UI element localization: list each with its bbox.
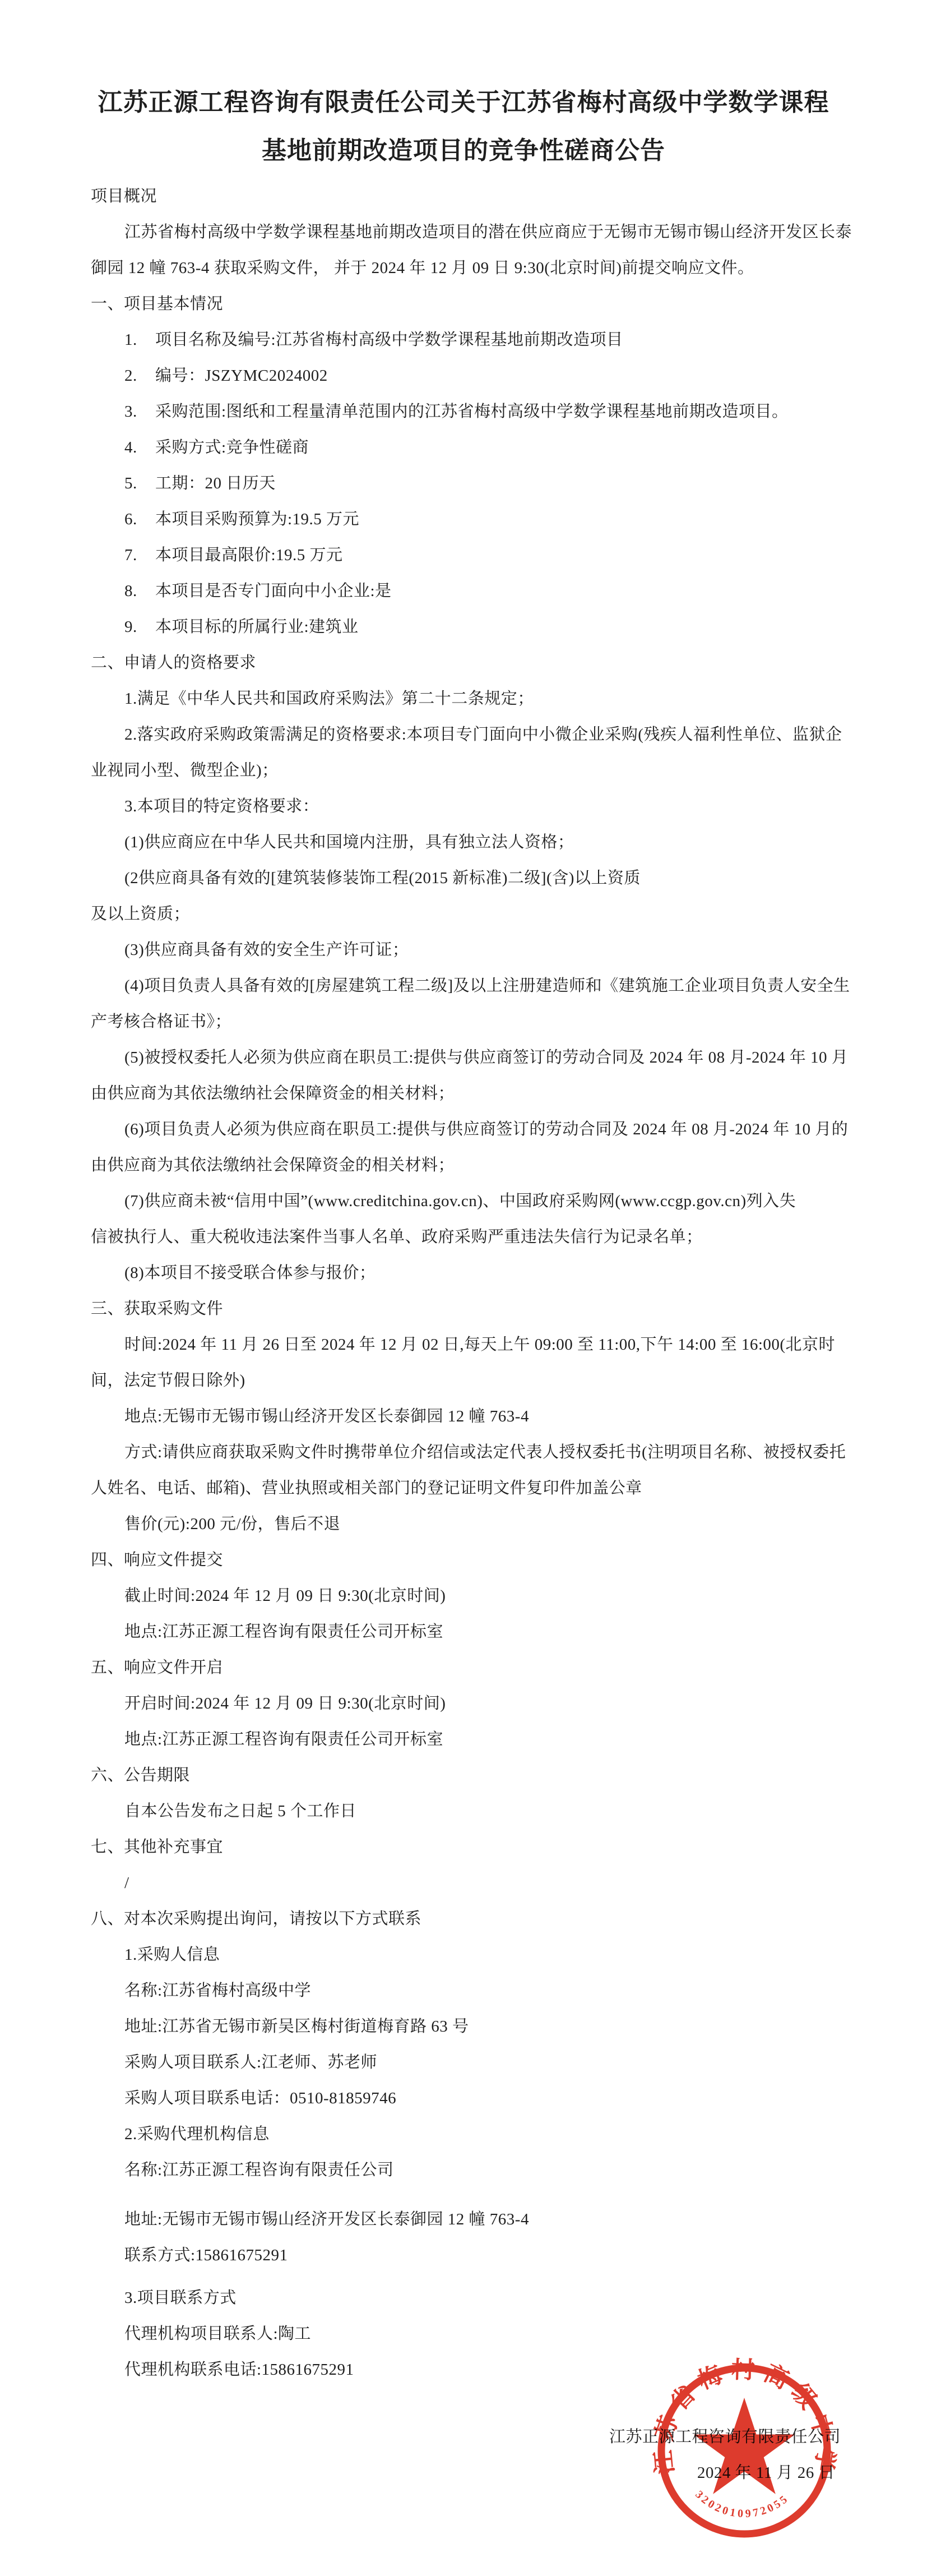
- list-item: 2.编号：JSZYMC2024002: [91, 358, 836, 394]
- list-item: 1.项目名称及编号:江苏省梅村高级中学数学课程基地前期改造项目: [91, 322, 836, 358]
- contact-line: 采购人项目联系电话：0510-81859746: [91, 2080, 836, 2116]
- qualify-line: 由供应商为其依法缴纳社会保障资金的相关材料；: [91, 1075, 836, 1111]
- list-item-number: 8.: [124, 573, 155, 609]
- qualify-line: (6)项目负责人必须为供应商在职员工:提供与供应商签订的劳动合同及 2024 年…: [91, 1111, 836, 1147]
- list-item: 7.本项目最高限价:19.5 万元: [91, 537, 836, 573]
- contact-line: 地址:江苏省无锡市新吴区梅村街道梅育路 63 号: [91, 2009, 836, 2044]
- open-line: 地点:江苏正源工程咨询有限责任公司开标室: [91, 1721, 836, 1757]
- list-item-number: 4.: [124, 430, 155, 465]
- list-item-number: 9.: [124, 609, 155, 645]
- qualify-line: (3)供应商具备有效的安全生产许可证；: [91, 932, 836, 968]
- document-body: 江苏正源工程咨询有限责任公司关于江苏省梅村高级中学数学课程基地前期改造项目的竞争…: [0, 0, 927, 2388]
- list-item: 9.本项目标的所属行业:建筑业: [91, 609, 836, 645]
- qualify-line: (2供应商具备有效的[建筑装修装饰工程(2015 新标准)二级](含)以上资质: [91, 860, 836, 896]
- qualify-line: (4)项目负责人具备有效的[房屋建筑工程二级]及以上注册建造师和《建筑施工企业项…: [91, 968, 836, 1004]
- overview-heading: 项目概况: [91, 178, 836, 214]
- list-item-text: 工期：20 日历天: [155, 474, 276, 492]
- announcement-document: 江苏正源工程咨询有限责任公司关于江苏省梅村高级中学数学课程基地前期改造项目的竞争…: [0, 0, 927, 2576]
- list-item-text: 采购方式:竞争性磋商: [155, 438, 309, 456]
- qualify-line: 由供应商为其依法缴纳社会保障资金的相关材料；: [91, 1147, 836, 1183]
- list-item: 5.工期：20 日历天: [91, 465, 836, 501]
- obtain-line: 时间:2024 年 11 月 26 日至 2024 年 12 月 02 日,每天…: [91, 1327, 836, 1363]
- qualify-line: 1.满足《中华人民共和国政府采购法》第二十二条规定；: [91, 681, 836, 717]
- contact-line: 代理机构项目联系人:陶工: [91, 2316, 836, 2352]
- qualify-line: 3.本项目的特定资格要求：: [91, 788, 836, 824]
- section-period-heading: 六、公告期限: [91, 1757, 836, 1793]
- list-item-number: 6.: [124, 501, 155, 537]
- open-line: 开启时间:2024 年 12 月 09 日 9:30(北京时间): [91, 1686, 836, 1721]
- list-item-text: 本项目标的所属行业:建筑业: [155, 618, 359, 636]
- qualify-line: (1)供应商应在中华人民共和国境内注册，具有独立法人资格；: [91, 824, 836, 860]
- contact-line: 2.采购代理机构信息: [91, 2116, 836, 2152]
- qualify-line: 业视同小型、微型企业)；: [91, 753, 836, 788]
- list-item: 8.本项目是否专门面向中小企业:是: [91, 573, 836, 609]
- contact-line: 名称:江苏省梅村高级中学: [91, 1973, 836, 2009]
- overview-line: 江苏省梅村高级中学数学课程基地前期改造项目的潜在供应商应于无锡市无锡市锡山经济开…: [91, 214, 836, 250]
- period-line: 自本公告发布之日起 5 个工作日: [91, 1793, 836, 1829]
- obtain-line: 人姓名、电话、邮箱)、营业执照或相关部门的登记证明文件复印件加盖公章: [91, 1470, 836, 1506]
- section-qualify-heading: 二、申请人的资格要求: [91, 645, 836, 681]
- list-item-number: 2.: [124, 358, 155, 394]
- list-item: 6.本项目采购预算为:19.5 万元: [91, 501, 836, 537]
- list-item-text: 采购范围:图纸和工程量清单范围内的江苏省梅村高级中学数学课程基地前期改造项目。: [155, 403, 789, 421]
- list-item-text: 本项目采购预算为:19.5 万元: [155, 510, 359, 528]
- contact-line: 联系方式:15861675291: [91, 2237, 836, 2273]
- list-item-number: 5.: [124, 465, 155, 501]
- list-item-number: 1.: [124, 322, 155, 358]
- page-title: 江苏正源工程咨询有限责任公司关于江苏省梅村高级中学数学课程基地前期改造项目的竞争…: [91, 79, 836, 175]
- qualify-line: (7)供应商未被“信用中国”(www.creditchina.gov.cn)、中…: [91, 1183, 836, 1219]
- contact-line: 地址:无锡市无锡市锡山经济开发区长泰御园 12 幢 763-4: [91, 2201, 836, 2237]
- contact-line: 1.采购人信息: [91, 1937, 836, 1973]
- list-item-text: 项目名称及编号:江苏省梅村高级中学数学课程基地前期改造项目: [155, 331, 623, 349]
- obtain-line: 方式:请供应商获取采购文件时携带单位介绍信或法定代表人授权委托书(注明项目名称、…: [91, 1434, 836, 1470]
- section-basic-heading: 一、项目基本情况: [91, 286, 836, 322]
- other-line: /: [91, 1865, 836, 1901]
- contact-line: 名称:江苏正源工程咨询有限责任公司: [91, 2152, 836, 2188]
- contact-line: 3.项目联系方式: [91, 2280, 836, 2316]
- stamp-serial-number: 3202010972055: [693, 2489, 791, 2520]
- obtain-line: 售价(元):200 元/份，售后不退: [91, 1506, 836, 1542]
- list-item: 4.采购方式:竞争性磋商: [91, 430, 836, 465]
- list-item-number: 3.: [124, 394, 155, 430]
- section-contact-heading: 八、对本次采购提出询问，请按以下方式联系: [91, 1901, 836, 1937]
- submit-line: 截止时间:2024 年 12 月 09 日 9:30(北京时间): [91, 1578, 836, 1614]
- section-submit-heading: 四、响应文件提交: [91, 1542, 836, 1578]
- list-item-text: 本项目是否专门面向中小企业:是: [155, 582, 392, 600]
- section-obtain-heading: 三、获取采购文件: [91, 1291, 836, 1327]
- qualify-line: 及以上资质；: [91, 896, 836, 932]
- list-item-text: 本项目最高限价:19.5 万元: [155, 546, 343, 564]
- list-item-text: 编号：JSZYMC2024002: [155, 367, 328, 385]
- qualify-line: 产考核合格证书》；: [91, 1004, 836, 1040]
- qualify-line: (5)被授权委托人必须为供应商在职员工:提供与供应商签订的劳动合同及 2024 …: [91, 1040, 836, 1075]
- section-other-heading: 七、其他补充事宜: [91, 1829, 836, 1865]
- official-seal-stamp: 江苏省梅村高级中学 3202010972055: [649, 2356, 840, 2546]
- obtain-line: 地点:无锡市无锡市锡山经济开发区长泰御园 12 幢 763-4: [91, 1398, 836, 1434]
- list-item-number: 7.: [124, 537, 155, 573]
- section-open-heading: 五、响应文件开启: [91, 1650, 836, 1686]
- qualify-line: 信被执行人、重大税收违法案件当事人名单、政府采购严重违法失信行为记录名单；: [91, 1219, 836, 1255]
- obtain-line: 间，法定节假日除外): [91, 1363, 836, 1398]
- overview-line: 御园 12 幢 763-4 获取采购文件， 并于 2024 年 12 月 09 …: [91, 250, 836, 286]
- submit-line: 地点:江苏正源工程咨询有限责任公司开标室: [91, 1614, 836, 1650]
- contact-line: 采购人项目联系人:江老师、苏老师: [91, 2044, 836, 2080]
- list-item: 3.采购范围:图纸和工程量清单范围内的江苏省梅村高级中学数学课程基地前期改造项目…: [91, 394, 836, 430]
- qualify-line: (8)本项目不接受联合体参与报价；: [91, 1255, 836, 1291]
- stamp-star-icon: [694, 2398, 795, 2494]
- qualify-line: 2.落实政府采购政策需满足的资格要求:本项目专门面向中小微企业采购(残疾人福利性…: [91, 717, 836, 753]
